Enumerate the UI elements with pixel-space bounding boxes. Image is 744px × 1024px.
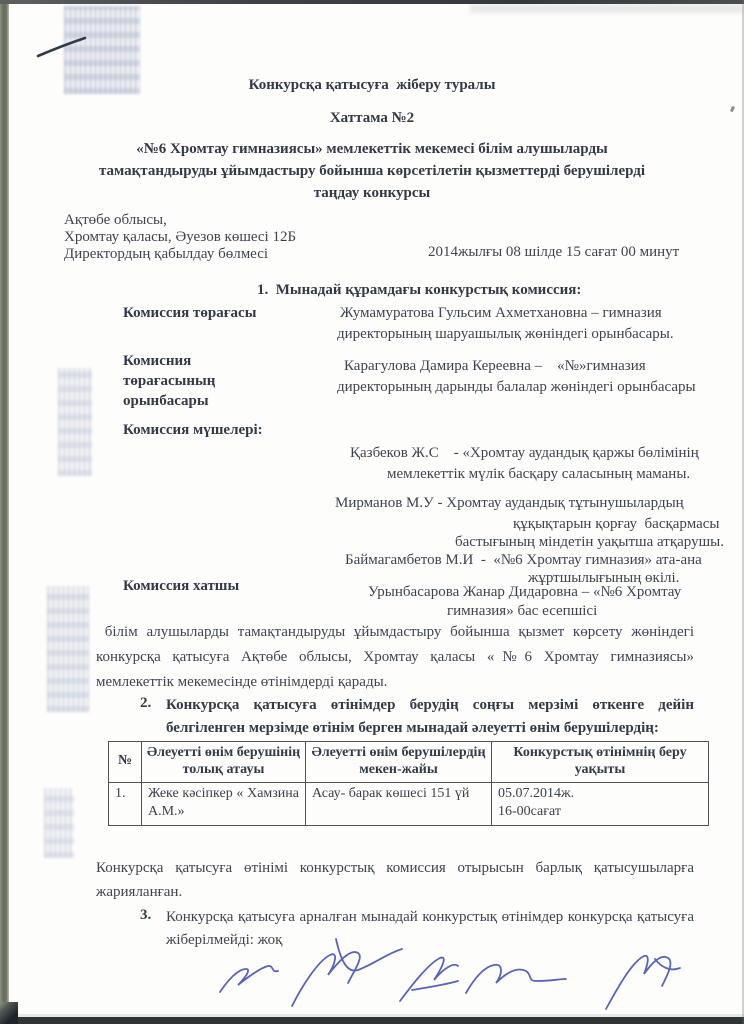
cell-bid-time: 05.07.2014ж. 16-00сағат [492,782,709,826]
col-header-supplier-address: Әлеуетті өнім берушілердің мекен-жайы [306,742,492,783]
doc-subtitle-line3: таңдау конкурсы [0,184,744,204]
doc-subtitle-line1: «№6 Хромтау гимназиясы» мемлекеттік меке… [0,140,744,160]
body-paragraph-2: Конкурсқа қатысуға өтінімі конкурстық ко… [96,856,694,904]
scan-smear-top-right [470,4,744,13]
meta-datetime: 2014жылғы 08 шілде 15 сағат 00 минут [428,243,679,263]
signature-4 [466,965,566,993]
member3-line1: Баймагамбетов М.И - «№6 Хромтау гимназия… [345,551,702,571]
signature-5 [606,956,680,1009]
doc-subtitle-line2: тамақтандыруды ұйымдастыру бойынша көрсе… [0,162,744,182]
label-secretary: Комиссия хатшы [123,577,239,597]
table-row: 1. Жеке кәсіпкер « Хамзина А.М.» Асау- б… [109,782,709,826]
member2-line2: құқықтарын қорғау басқармасы [513,515,719,535]
label-members: Комиссия мүшелері: [123,421,263,441]
vice-chair-line1: Карагулова Дамира Кереевна – «№»гимназия [344,357,646,377]
label-commission-chair: Комиссия төрағасы [123,304,256,324]
meta-room: Директордың қабылдау бөлмесі [64,245,268,265]
signature-3 [400,958,458,1001]
cell-supplier-name: Жеке кәсіпкер « Хамзина А.М.» [142,782,306,826]
cell-supplier-address: Асау- барак көшесі 151 үй [306,782,492,826]
scanned-document-page: Конкурсқа қатысуға жіберу туралы Хаттама… [0,0,744,1024]
body-paragraph-1: білім алушыларды тамақтандыруды ұйымдаст… [96,620,694,695]
bleed-through-left-3 [44,788,74,858]
cell-row-number: 1. [109,782,142,826]
col-header-number: № [109,742,142,783]
label-vice-chair-line1: Комисния [123,352,191,372]
member2-line1: Мирманов М.У - Хромтау аудандық тұтынушы… [335,494,684,514]
secretary-line1: Урынбасарова Жанар Дидаровна – «№6 Хромт… [368,583,681,603]
doc-title-line1: Конкурсқа қатысуға жіберу туралы [0,76,744,96]
section3-text: Конкурсқа қатысуға арналған мынадай конк… [166,906,694,952]
member1-line1: Қазбеков Ж.С - «Хромтау аудандық қаржы б… [350,444,699,464]
section2-text: Конкурсқа қатысуға өтінімдер берудің соң… [166,694,694,740]
vice-chair-line2: директорының дарынды балалар жөніндегі о… [337,378,696,398]
label-vice-chair-line3: орынбасары [123,392,209,412]
member2-line3: бастығының міндетін уақытша атқарушы. [455,533,724,553]
scan-corner-block [0,1002,18,1024]
scan-edge-bottom [0,1017,744,1024]
col-header-supplier-name: Әлеуетті өнім берушінің толық атауы [142,742,306,783]
chair-name-line1: Жумамуратова Гульсим Ахметхановна – гимн… [340,304,662,324]
bleed-through-left-2 [47,586,89,712]
section2-number: 2. [140,694,151,714]
section3-number: 3. [140,906,151,926]
protocol-number: Хаттама №2 [0,109,744,129]
chair-name-line2: директорының шаруашылық жөніндегі орынба… [337,325,674,345]
label-vice-chair-line2: төрағасының [123,372,215,392]
suppliers-table: № Әлеуетті өнім берушінің толық атауы Әл… [108,741,709,826]
section1-heading: 1. Мынадай құрамдағы конкурстық комиссия… [257,281,581,301]
col-header-bid-time: Конкурстық өтінімнің беру уақыты [492,742,709,783]
bleed-through-left-1 [58,368,92,476]
signature-1 [220,966,278,992]
secretary-line2: гимназия» бас есепшісі [447,602,597,622]
member1-line2: мемлекеттік мүлік басқару саласының мама… [387,465,690,485]
table-header-row: № Әлеуетті өнім берушінің толық атауы Әл… [109,742,709,783]
